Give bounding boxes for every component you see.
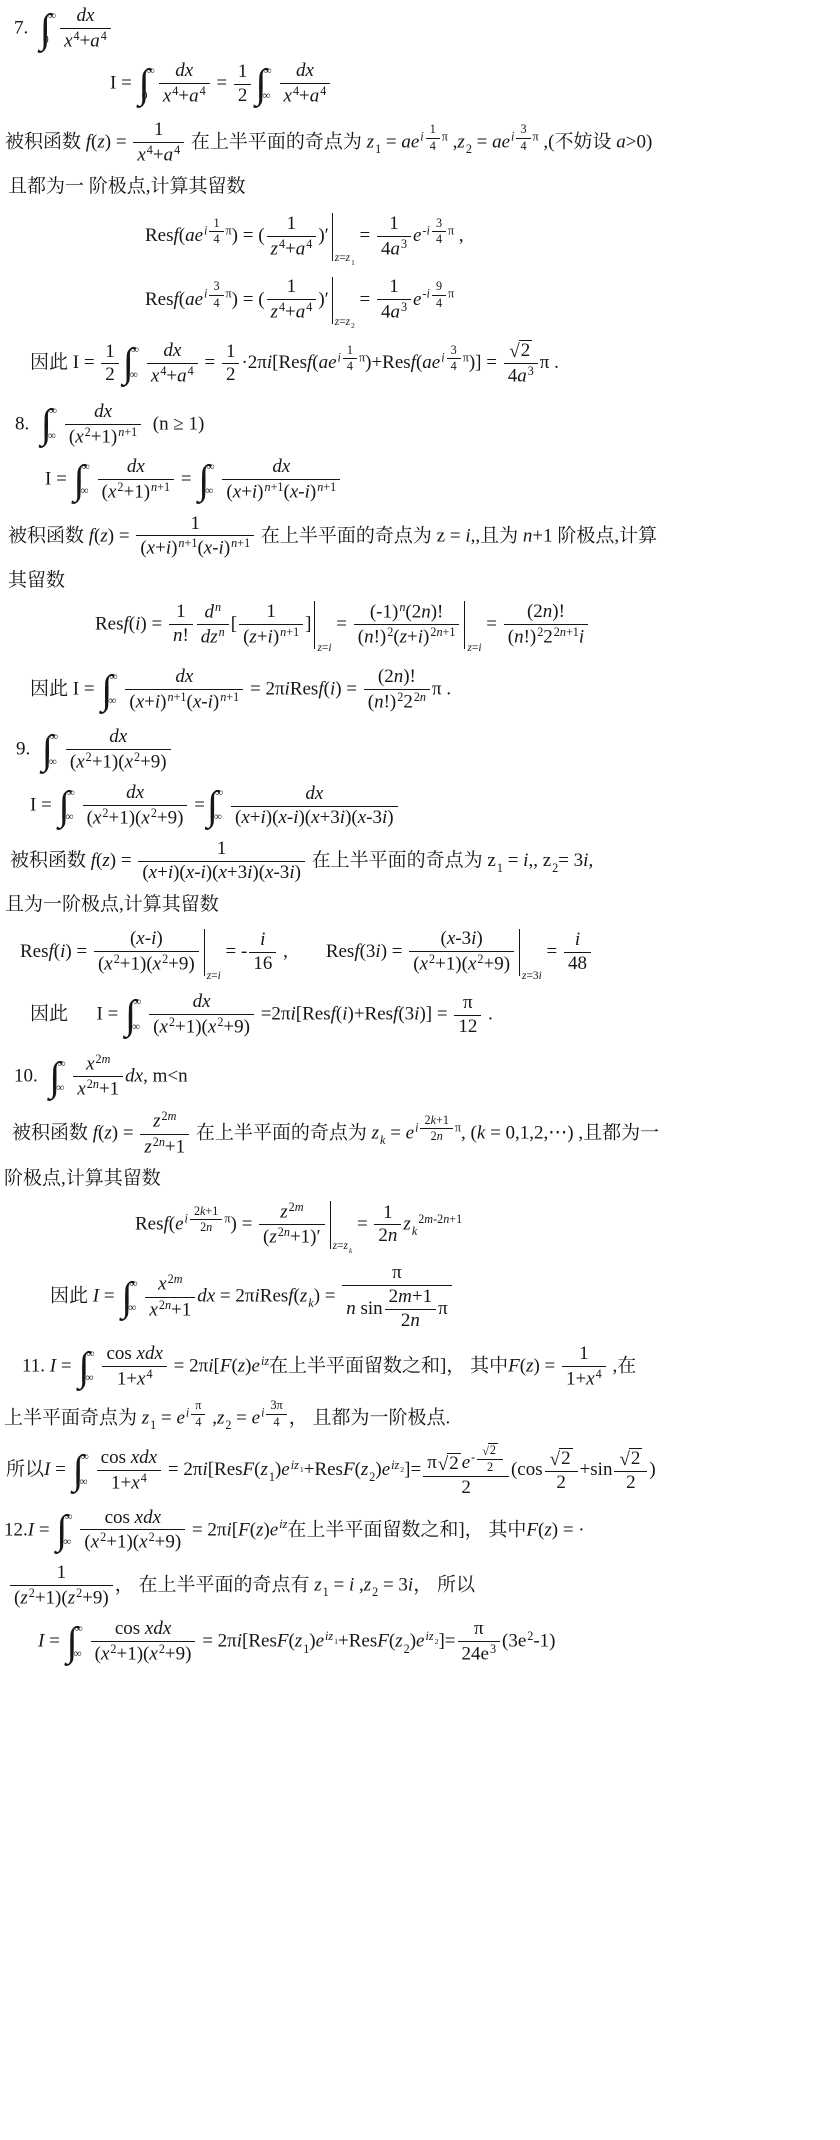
p11-line-1: 11. I = ∫∞-∞cos xdx1+x4 = 2πi[F(z)eiz在上半… — [22, 1344, 840, 1390]
p9-para-2: 且为一阶极点,计算其留数 — [5, 893, 840, 917]
p8-conclusion: 因此 I = ∫∞-∞dx(x+i)n+1(x-i)n+1 = 2πiResf(… — [30, 667, 840, 713]
document-page: 7. ∫∞0dxx4+a4I = ∫∞0dxx4+a4 = 12∫∞-∞dxx4… — [0, 6, 840, 1666]
p8-para-2: 其留数 — [8, 569, 840, 593]
p7-conclusion: 因此 I = 12∫∞-∞dxx4+a4 = 12·2πi[Resf(aei14… — [30, 340, 840, 387]
p7-para-1: 被积函数 f(z) = 1x4+a4 在上半平面的奇点为 z1 = aei14π… — [5, 120, 840, 166]
p8-para-1: 被积函数 f(z) = 1(x+i)n+1(x-i)n+1 在上半平面的奇点为 … — [8, 514, 840, 560]
scanned-math-solutions-page: { "page": { "background": "#ffffff", "te… — [0, 0, 840, 2140]
p9-conclusion: 因此 I = ∫∞-∞dx(x2+1)(x2+9) =2πi[Resf(i)+R… — [30, 992, 840, 1038]
p11-line-3: 所以I = ∫∞-∞cos xdx1+x4 = 2πi[ResF(z1)eiz1… — [6, 1443, 840, 1498]
p8-residue: Resf(i) = 1n!dndzn[1(z+i)n+1]z=i = (-1)n… — [95, 601, 840, 649]
p10-residue: Resf(ei2k+12nπ) = z2m(z2n+1)′z=zk = 12nz… — [135, 1201, 840, 1249]
p9-eq-main: I = ∫∞-∞dx(x2+1)(x2+9) =∫∞-∞dx(x+i)(x-i)… — [30, 783, 840, 829]
p12-conclusion: I = ∫∞-∞cos xdx(x2+1)(x2+9) = 2πi[ResF(z… — [38, 1619, 840, 1665]
p7-res-2: Resf(aei34π) = (1z4+a4)′z=z2 = 14a3e-i94… — [145, 277, 840, 325]
p9-para-1: 被积函数 f(z) = 1(x+i)(x-i)(x+3i)(x-3i) 在上半平… — [10, 839, 840, 884]
p8-eq-main: I = ∫∞-∞dx(x2+1)n+1 = ∫∞-∞dx(x+i)n+1(x-i… — [45, 457, 840, 503]
p12-line-1: 12.I = ∫∞-∞cos xdx(x2+1)(x2+9) = 2πi[F(z… — [4, 1508, 840, 1554]
p12-line-2: 1(z2+1)(z2+9)， 在上半平面的奇点有 z1 = i ,z2 = 3i… — [8, 1563, 840, 1609]
p7-res-1: Resf(aei14π) = (1z4+a4)′z=z1 = 14a3e-i34… — [145, 213, 840, 261]
p9-item: 9. ∫∞-∞dx(x2+1)(x2+9) — [16, 727, 840, 773]
p9-residues: Resf(i) = (x-i)(x2+1)(x2+9)z=i = -i16 , … — [20, 929, 840, 977]
p7-eq-main: I = ∫∞0dxx4+a4 = 12∫∞-∞dxx4+a4 — [110, 61, 840, 107]
p10-para-2: 阶极点,计算其留数 — [4, 1167, 840, 1191]
p10-conclusion: 因此 I = ∫∞-∞x2mx2n+1dx = 2πiResf(zk) = πn… — [50, 1263, 840, 1332]
p10-para-1: 被积函数 f(z) = z2mz2n+1 在上半平面的奇点为 zk = ei2k… — [12, 1110, 840, 1158]
p10-item: 10. ∫∞-∞x2mx2n+1dx, m<n — [14, 1053, 840, 1101]
p11-line-2: 上半平面奇点为 z1 = eiπ4 ,z2 = ei3π4， 且都为一阶极点. — [4, 1399, 840, 1431]
p8-item: 8. ∫∞-∞dx(x2+1)n+1 (n ≥ 1) — [15, 402, 840, 448]
p7-para-2: 且都为一 阶极点,计算其留数 — [8, 175, 840, 199]
p7-item: 7. ∫∞0dxx4+a4 — [14, 6, 840, 52]
